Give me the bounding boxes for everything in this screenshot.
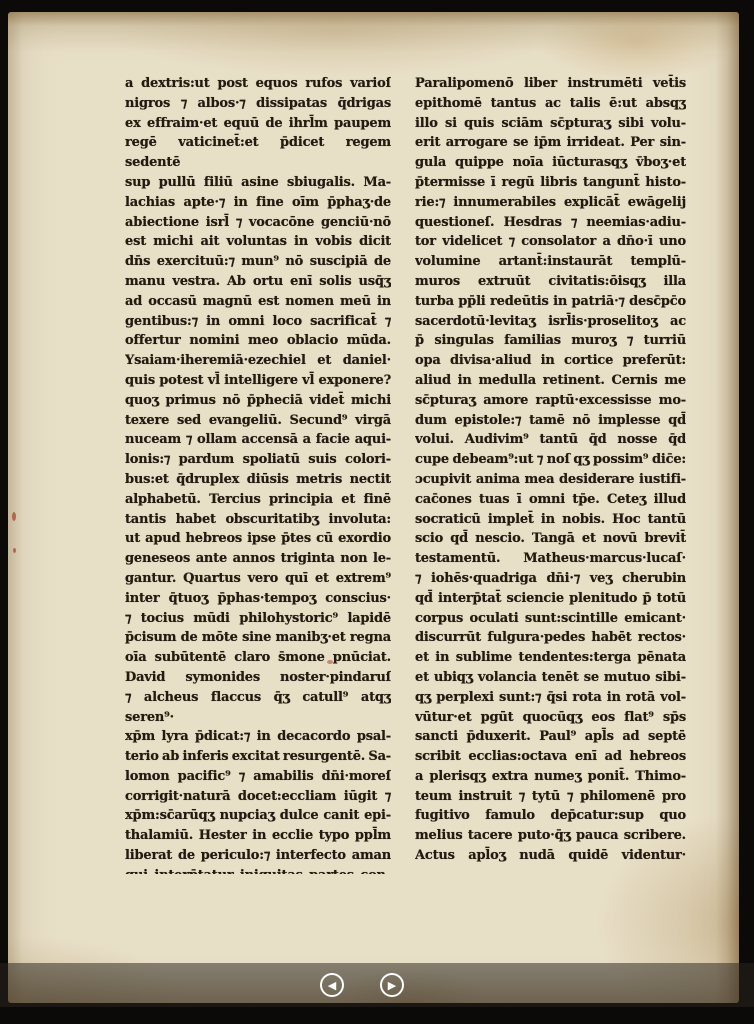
red-ink-speck	[12, 512, 16, 521]
manuscript-page: a dextris:ut post equos rufos varioſ nig…	[8, 12, 739, 1003]
manuscript-text-column-left: a dextris:ut post equos rufos varioſ nig…	[125, 74, 391, 874]
frame-bottom-edge	[0, 1007, 754, 1024]
right-arrow-icon: ▶	[388, 980, 396, 991]
page-nav-buttons: ◀ ▶	[320, 973, 404, 997]
viewer-toolbar: ◀ ▶	[0, 963, 754, 1007]
manuscript-text-column-right: Paralipomenō liber instrumēti vet̄is epi…	[415, 74, 686, 874]
prev-page-button[interactable]: ◀	[320, 973, 344, 997]
red-ink-speck	[327, 660, 333, 664]
left-arrow-icon: ◀	[328, 980, 336, 991]
red-ink-speck	[13, 548, 16, 553]
next-page-button[interactable]: ▶	[380, 973, 404, 997]
